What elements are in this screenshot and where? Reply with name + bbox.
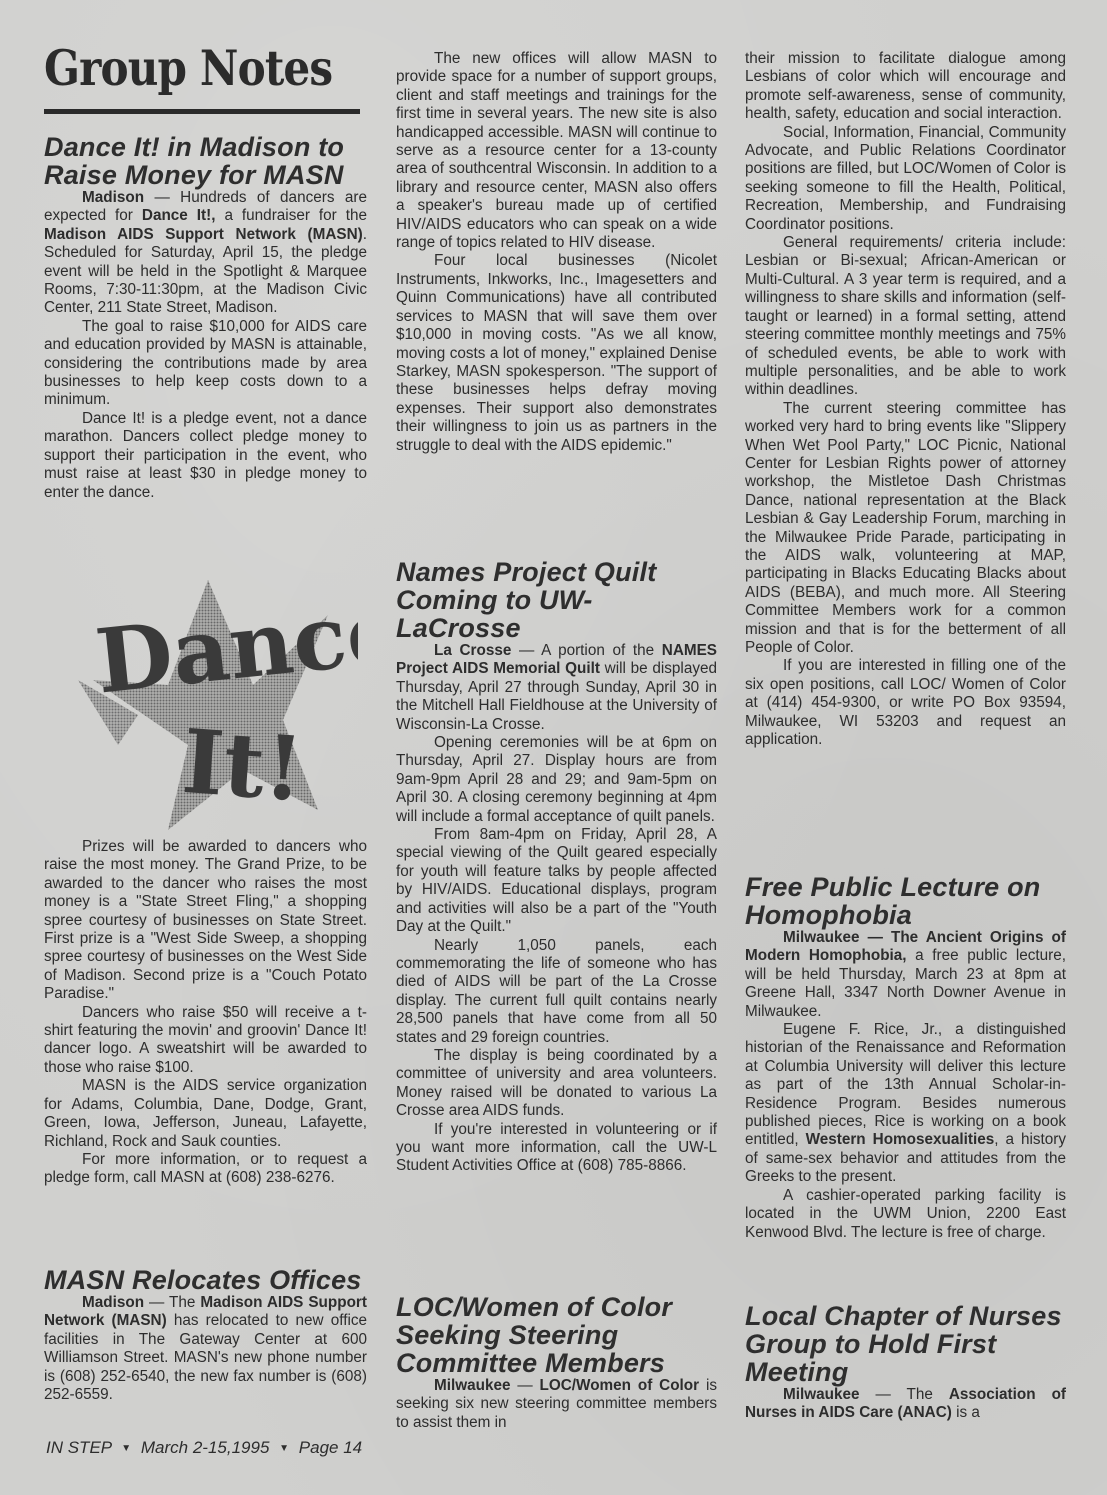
paragraph: For more information, or to request a pl… — [44, 1151, 367, 1188]
paragraph: The new offices will allow MASN to provi… — [396, 50, 717, 252]
section-title: Group Notes — [44, 40, 316, 96]
article-names-quilt: Names Project Quilt Coming to UW-LaCross… — [396, 558, 717, 1176]
triangle-down-icon: ▼ — [279, 1443, 289, 1454]
paragraph: Madison — The Madison AIDS Support Netwo… — [44, 1294, 367, 1404]
article-loc-women-continued: their mission to facilitate dialogue amo… — [745, 50, 1066, 749]
article-homophobia-lecture: Free Public Lecture on Homophobia Milwau… — [745, 873, 1066, 1242]
paragraph: A cashier-operated parking facility is l… — [745, 1187, 1066, 1242]
paragraph: If you are interested in filling one of … — [745, 657, 1066, 749]
paragraph: The goal to raise $10,000 for AIDS care … — [44, 318, 367, 410]
article-masn-relocates-continued: The new offices will allow MASN to provi… — [396, 50, 717, 455]
article-headline: LOC/Women of Color Seeking Steering Comm… — [396, 1293, 717, 1377]
article-headline: Free Public Lecture on Homophobia — [745, 873, 1066, 929]
svg-text:Dance: Dance — [91, 578, 358, 714]
paragraph: The current steering committee has worke… — [745, 400, 1066, 658]
article-body: The new offices will allow MASN to provi… — [396, 50, 717, 455]
paragraph: Milwaukee — The Association of Nurses in… — [745, 1386, 1066, 1423]
paragraph: Nearly 1,050 panels, each commemorating … — [396, 937, 717, 1047]
triangle-down-icon: ▼ — [121, 1443, 131, 1454]
article-body: Madison — Hundreds of dancers are expect… — [44, 189, 367, 502]
paragraph: Milwaukee — The Ancient Origins of Moder… — [745, 929, 1066, 1021]
article-dance-it: Dance It! in Madison to Raise Money for … — [44, 133, 367, 502]
article-headline: Names Project Quilt Coming to UW-LaCross… — [396, 558, 717, 642]
paragraph: Four local businesses (Nicolet Instrumen… — [396, 252, 717, 454]
paragraph: Dance It! is a pledge event, not a dance… — [44, 410, 367, 502]
paragraph: If you're interested in volunteering or … — [396, 1121, 717, 1176]
dance-it-logo-image: Dance It! — [78, 570, 358, 840]
publication-name: IN STEP — [46, 1438, 112, 1457]
svg-text:It!: It! — [179, 709, 306, 821]
article-headline: MASN Relocates Offices — [44, 1266, 367, 1294]
article-dance-it-continued: Prizes will be awarded to dancers who ra… — [44, 838, 367, 1188]
article-masn-relocates: MASN Relocates Offices Madison — The Mad… — [44, 1266, 367, 1404]
paragraph: Eugene F. Rice, Jr., a distinguished his… — [745, 1021, 1066, 1187]
paragraph: their mission to facilitate dialogue amo… — [745, 50, 1066, 124]
paragraph: La Crosse — A portion of the NAMES Proje… — [396, 642, 717, 734]
page-footer: IN STEP ▼ March 2-15,1995 ▼ Page 14 — [46, 1438, 362, 1458]
paragraph: General requirements/ criteria include: … — [745, 234, 1066, 400]
article-body: Milwaukee — The Association of Nurses in… — [745, 1386, 1066, 1423]
article-body: their mission to facilitate dialogue amo… — [745, 50, 1066, 749]
article-body: La Crosse — A portion of the NAMES Proje… — [396, 642, 717, 1176]
article-headline: Local Chapter of Nurses Group to Hold Fi… — [745, 1302, 1066, 1386]
article-headline: Dance It! in Madison to Raise Money for … — [44, 133, 367, 189]
article-body: Madison — The Madison AIDS Support Netwo… — [44, 1294, 367, 1404]
article-nurses-group: Local Chapter of Nurses Group to Hold Fi… — [745, 1302, 1066, 1423]
paragraph: The display is being coordinated by a co… — [396, 1047, 717, 1121]
paragraph: Milwaukee — LOC/Women of Color is seekin… — [396, 1377, 717, 1432]
paragraph: Dancers who raise $50 will receive a t-s… — [44, 1004, 367, 1078]
page-number: Page 14 — [299, 1438, 362, 1457]
paragraph: MASN is the AIDS service organization fo… — [44, 1077, 367, 1151]
paragraph: Madison — Hundreds of dancers are expect… — [44, 189, 367, 318]
paragraph: Opening ceremonies will be at 6pm on Thu… — [396, 734, 717, 826]
issue-date: March 2-15,1995 — [141, 1438, 270, 1457]
paragraph: Social, Information, Financial, Communit… — [745, 124, 1066, 234]
article-loc-women: LOC/Women of Color Seeking Steering Comm… — [396, 1293, 717, 1432]
section-title-rule — [44, 109, 360, 114]
article-body: Milwaukee — LOC/Women of Color is seekin… — [396, 1377, 717, 1432]
newspaper-page: Group Notes Dance It! in Madison to Rais… — [0, 0, 1107, 1495]
article-body: Milwaukee — The Ancient Origins of Moder… — [745, 929, 1066, 1242]
paragraph: Prizes will be awarded to dancers who ra… — [44, 838, 367, 1004]
article-body: Prizes will be awarded to dancers who ra… — [44, 838, 367, 1188]
paragraph: From 8am-4pm on Friday, April 28, A spec… — [396, 826, 717, 936]
